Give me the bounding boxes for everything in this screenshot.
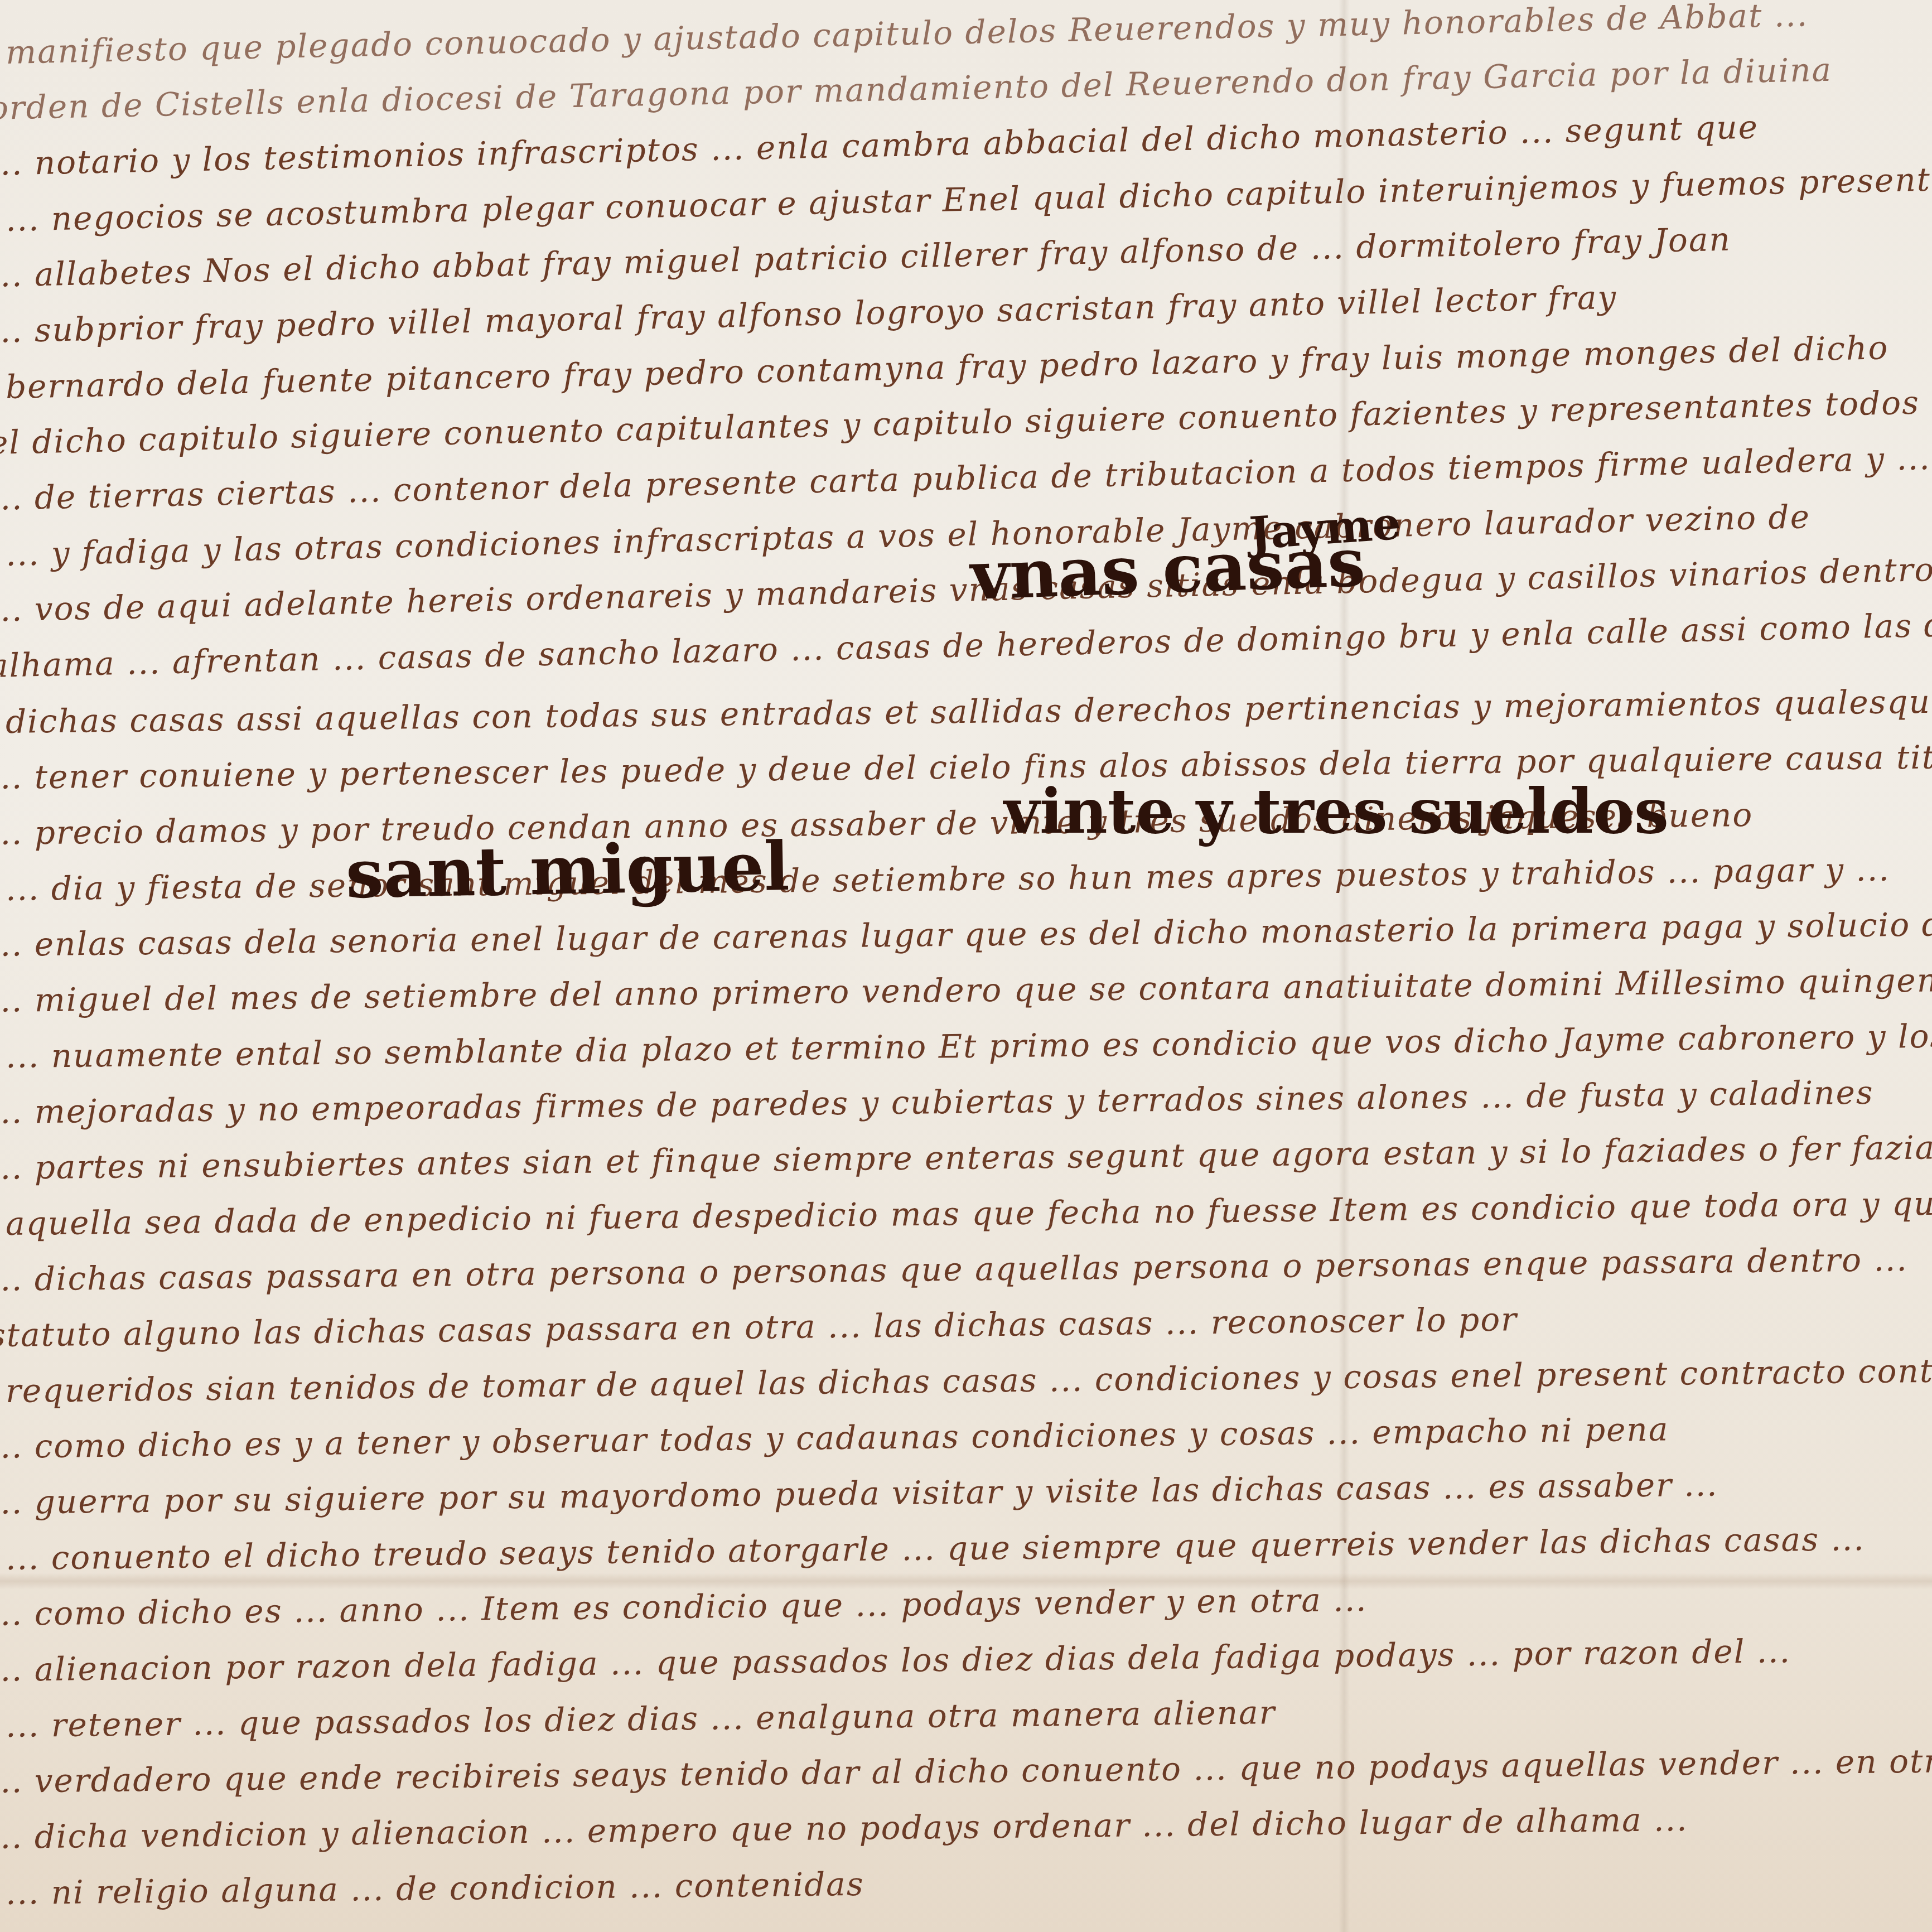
emphasis-jayme: Jayme	[1248, 497, 1403, 560]
manuscript-line: ... dichas casas passara en otra persona…	[0, 1240, 1908, 1298]
manuscript-line: ... verdadero que ende recibireis seays …	[0, 1741, 1932, 1800]
manuscript-line: ... mejoradas y no empeoradas firmes de …	[0, 1074, 1874, 1131]
manuscript-line: ... retener ... que passados los diez di…	[6, 1693, 1276, 1745]
emphasis-sant-miguel: sant miguel	[345, 827, 790, 914]
manuscript-line: ... conuento el dicho treudo seays tenid…	[6, 1520, 1865, 1577]
manuscript-line: ... alienacion por razon dela fadiga ...…	[0, 1632, 1791, 1689]
manuscript-line: ... dicha vendicion y alienacion ... emp…	[0, 1800, 1688, 1856]
manuscript-line: dichas casas assi aquellas con todas sus…	[6, 681, 1932, 741]
manuscript-line: statuto alguno las dichas casas passara …	[0, 1300, 1518, 1354]
manuscript-line: ... partes ni ensubiertes antes sian et …	[0, 1127, 1932, 1187]
manuscript-line: ... guerra por su siguiere por su mayord…	[0, 1466, 1718, 1522]
manuscript-line: ... nuamente ental so semblante dia plaz…	[6, 1016, 1932, 1075]
manuscript-line: ... miguel del mes de setiembre del anno…	[0, 959, 1932, 1020]
manuscript-page: manifiesto que plegado conuocado y ajust…	[0, 0, 1932, 1932]
manuscript-line: aquella sea dada de enpedicio ni fuera d…	[6, 1184, 1932, 1243]
manuscript-line: ... ni religio alguna ... de condicion .…	[6, 1865, 864, 1912]
manuscript-line: requeridos sian tenidos de tomar de aque…	[6, 1349, 1932, 1410]
manuscript-line: ... como dicho es y a tener y obseruar t…	[0, 1410, 1669, 1466]
manuscript-line: ... dia y fiesta de senor sant miguel de…	[6, 851, 1890, 908]
emphasis-vinte-y-tres-sueldos: vinte y tres sueldos	[1004, 775, 1669, 847]
manuscript-line: ... enlas casas dela senoria enel lugar …	[0, 905, 1932, 964]
